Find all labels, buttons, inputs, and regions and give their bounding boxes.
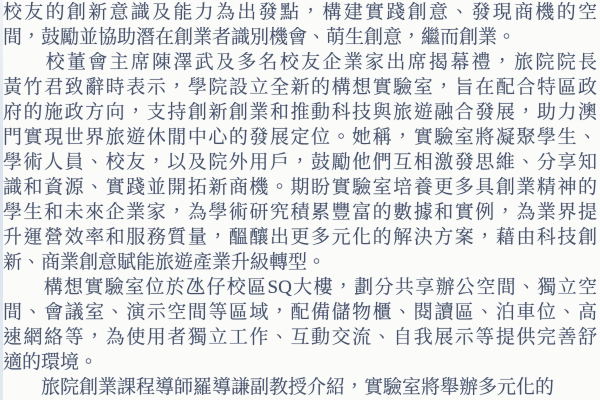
text-line: 學術人員、校友，以及院外用戶，鼓勵他們互相激發思維、分享知: [3, 150, 597, 175]
text-line: 適的環境。: [3, 350, 597, 375]
text-line: 間、會議室、演示空間等區域，配備儲物櫃、閱讀區、泊車位、高: [3, 300, 597, 325]
text-line: 升運營效率和服務質量，醞釀出更多元化的解決方案，藉由科技創: [3, 225, 597, 250]
text-line: 校友的創新意識及能力為出發點，構建實踐創意、發現商機的空: [3, 0, 597, 25]
text-line: 府的施政方向，支持創新創業和推動科技與旅遊融合發展，助力澳: [3, 100, 597, 125]
text-line: 新、商業創意賦能旅遊產業升級轉型。: [3, 250, 597, 275]
text-line: 旅院創業課程導師羅導謙副教授介紹，實驗室將舉辦多元化的: [3, 375, 597, 400]
article-text: 校友的創新意識及能力為出發點，構建實踐創意、發現商機的空 間，鼓勵並協助潛在創業…: [3, 0, 597, 400]
text-line: 間，鼓勵並協助潛在創業者識別機會、萌生創意，繼而創業。: [3, 25, 597, 50]
text-line: 黃竹君致辭時表示，學院設立全新的構想實驗室，旨在配合特區政: [3, 75, 597, 100]
text-line: 速網絡等，為使用者獨立工作、互動交流、自我展示等提供完善舒: [3, 325, 597, 350]
text-line: 門實現世界旅遊休閒中心的發展定位。她稱，實驗室將凝聚學生、: [3, 125, 597, 150]
document-page: 校友的創新意識及能力為出發點，構建實踐創意、發現商機的空 間，鼓勵並協助潛在創業…: [0, 0, 600, 400]
text-line: 構想實驗室位於氹仔校區SQ大樓，劃分共享辦公空間、獨立空: [3, 275, 597, 300]
text-line: 學生和未來企業家，為學術研究積累豐富的數據和實例，為業界提: [3, 200, 597, 225]
text-line: 識和資源、實踐並開拓新商機。期盼實驗室培養更多具創業精神的: [3, 175, 597, 200]
text-line: 校董會主席陳澤武及多名校友企業家出席揭幕禮，旅院院長: [3, 50, 597, 75]
